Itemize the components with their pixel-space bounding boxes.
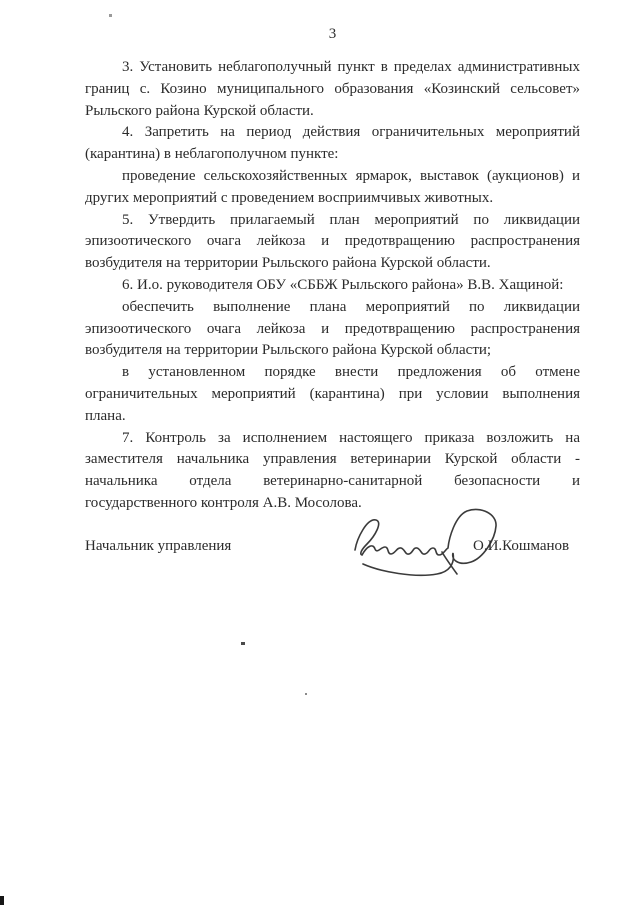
text-line: обеспечить выполнение плана мероприятий …	[85, 297, 580, 319]
text-line: 4. Запретить на период действия ограничи…	[85, 122, 580, 144]
scan-artifact-speck	[305, 693, 307, 695]
text-line: 7. Контроль за исполнением настоящего пр…	[85, 428, 580, 450]
text-line: Рыльского района Курской области.	[85, 101, 580, 123]
text-line: проведение сельскохозяйственных ярмарок,…	[85, 166, 580, 188]
text-line: эпизоотического очага лейкоза и предотвр…	[85, 231, 580, 253]
text-line: 3. Установить неблагополучный пункт в пр…	[85, 57, 580, 79]
text-line: (карантина) в неблагополучном пункте:	[85, 144, 580, 166]
text-line: ограничительных мероприятий (карантина) …	[85, 384, 580, 406]
text-line: других мероприятий с проведением восприи…	[85, 188, 580, 210]
scan-artifact-speck	[241, 642, 245, 645]
document-body: 3. Установить неблагополучный пункт в пр…	[85, 57, 580, 515]
scan-artifact-speck	[109, 14, 112, 17]
text-line: плана.	[85, 406, 580, 428]
signatory-title: Начальник управления	[85, 538, 231, 555]
text-line: заместителя начальника управления ветери…	[85, 449, 580, 471]
text-line: границ с. Козино муниципального образова…	[85, 79, 580, 101]
text-line: 6. И.о. руководителя ОБУ «СББЖ Рыльского…	[85, 275, 580, 297]
text-line: возбудителя на территории Рыльского райо…	[85, 253, 580, 275]
document-page: 3 3. Установить неблагополучный пункт в …	[0, 0, 640, 905]
text-line: эпизоотического очага лейкоза и предотвр…	[85, 319, 580, 341]
text-line: начальника отдела ветеринарно-санитарной…	[85, 471, 580, 493]
page-number: 3	[85, 26, 580, 43]
scan-artifact-corner-mark	[0, 896, 4, 905]
text-line: возбудителя на территории Рыльского райо…	[85, 340, 580, 362]
signatory-name: О.И.Кошманов	[473, 538, 569, 555]
text-line: 5. Утвердить прилагаемый план мероприяти…	[85, 210, 580, 232]
text-line: в установленном порядке внести предложен…	[85, 362, 580, 384]
